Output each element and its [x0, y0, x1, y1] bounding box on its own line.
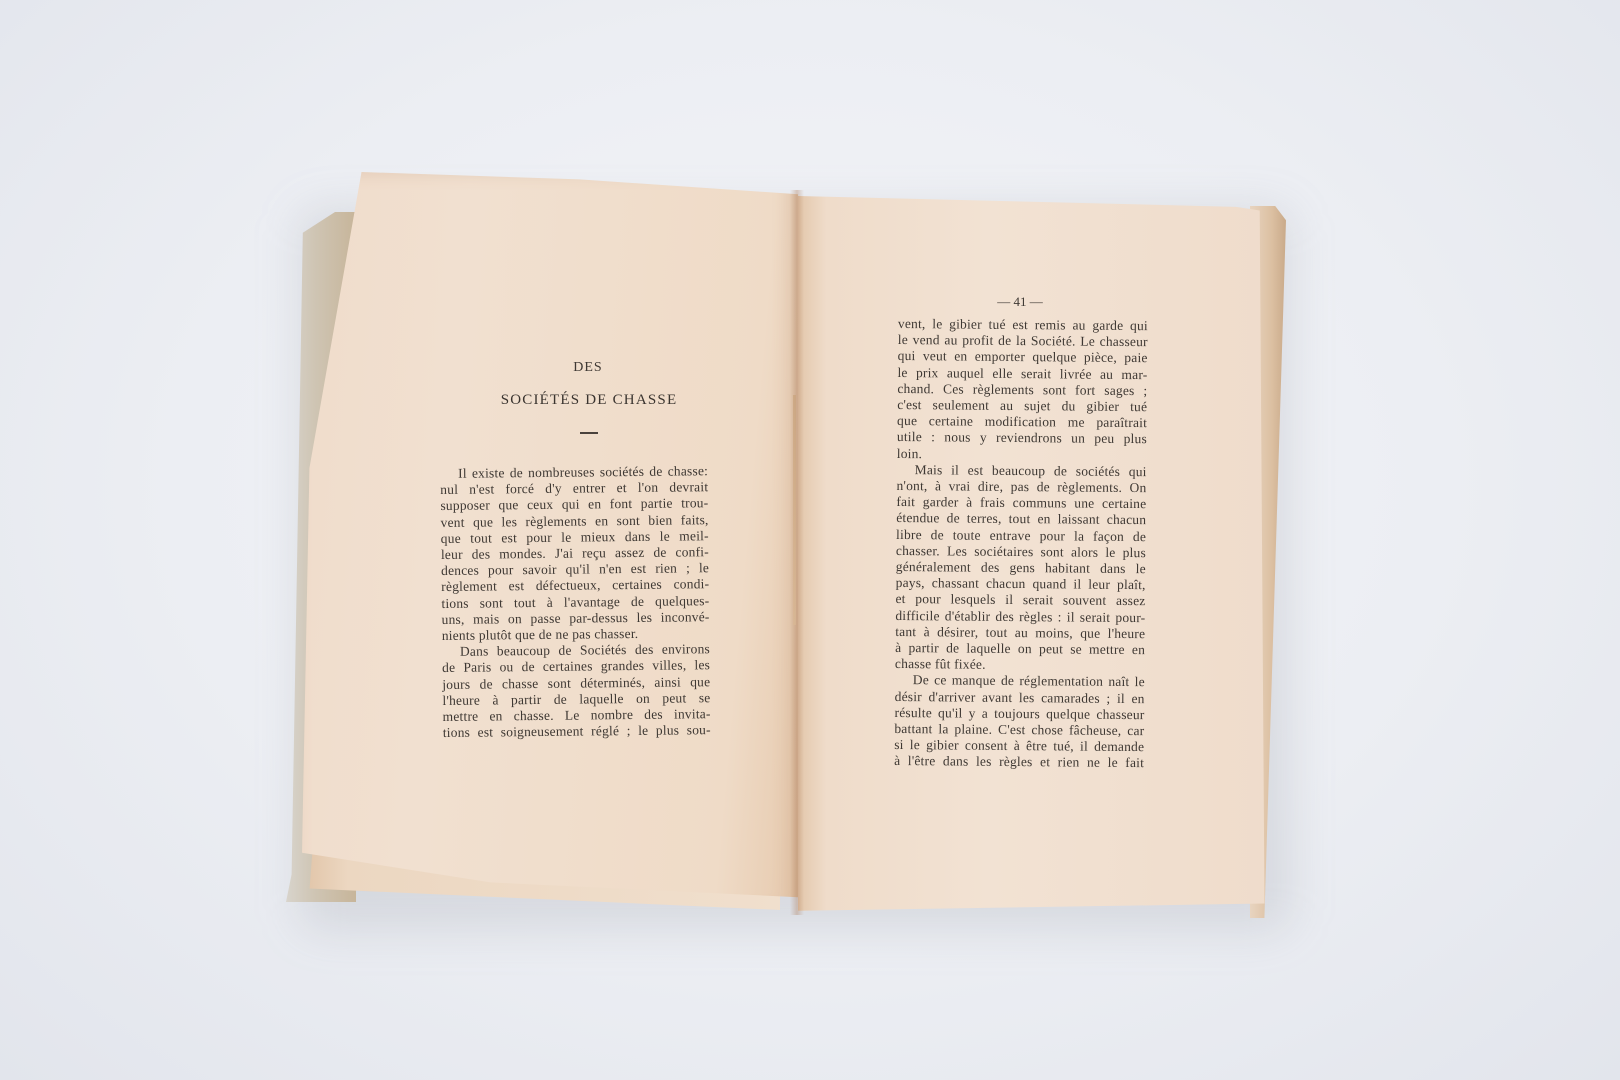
heading-rule: [580, 432, 598, 434]
binding-thread: [793, 395, 796, 625]
text-line: utile : nous y reviendrons un peu plus: [897, 429, 1147, 447]
text-line: qui veut en emporter quelque pièce, paie: [898, 348, 1148, 366]
photo-scene: DES SOCIÉTÉS DE CHASSE Il existe de nomb…: [0, 0, 1620, 1080]
chapter-heading-line-1: DES: [548, 360, 628, 376]
text-line: tions est soigneusement réglé ; le plus …: [443, 722, 711, 741]
text-line: étendue de terres, tout en laissant chac…: [896, 510, 1146, 528]
text-line: à l'être dans les règles et rien ne le f…: [894, 753, 1144, 771]
text-line: libre de toute entrave pour la façon de: [896, 527, 1146, 545]
text-line: De ce manque de réglementation naît le: [895, 672, 1145, 690]
text-line: difficile d'établir des règles : il sera…: [895, 608, 1145, 626]
right-page-body: vent, le gibier tué est remis au garde q…: [894, 316, 1148, 772]
page-number: — 41 —: [985, 294, 1055, 310]
chapter-heading-line-2: SOCIÉTÉS DE CHASSE: [494, 392, 684, 409]
left-page-body: Il existe de nombreuses sociétés de chas…: [440, 463, 711, 741]
text-line: désir d'arriver avant les camarades ; il…: [895, 689, 1145, 707]
text-line: uns, mais on passe par-dessus les inconv…: [442, 609, 710, 628]
text-line: et pour lesquels il serait souvent assez: [895, 591, 1145, 609]
text-line: le prix auquel elle serait livrée au mar…: [897, 365, 1147, 383]
